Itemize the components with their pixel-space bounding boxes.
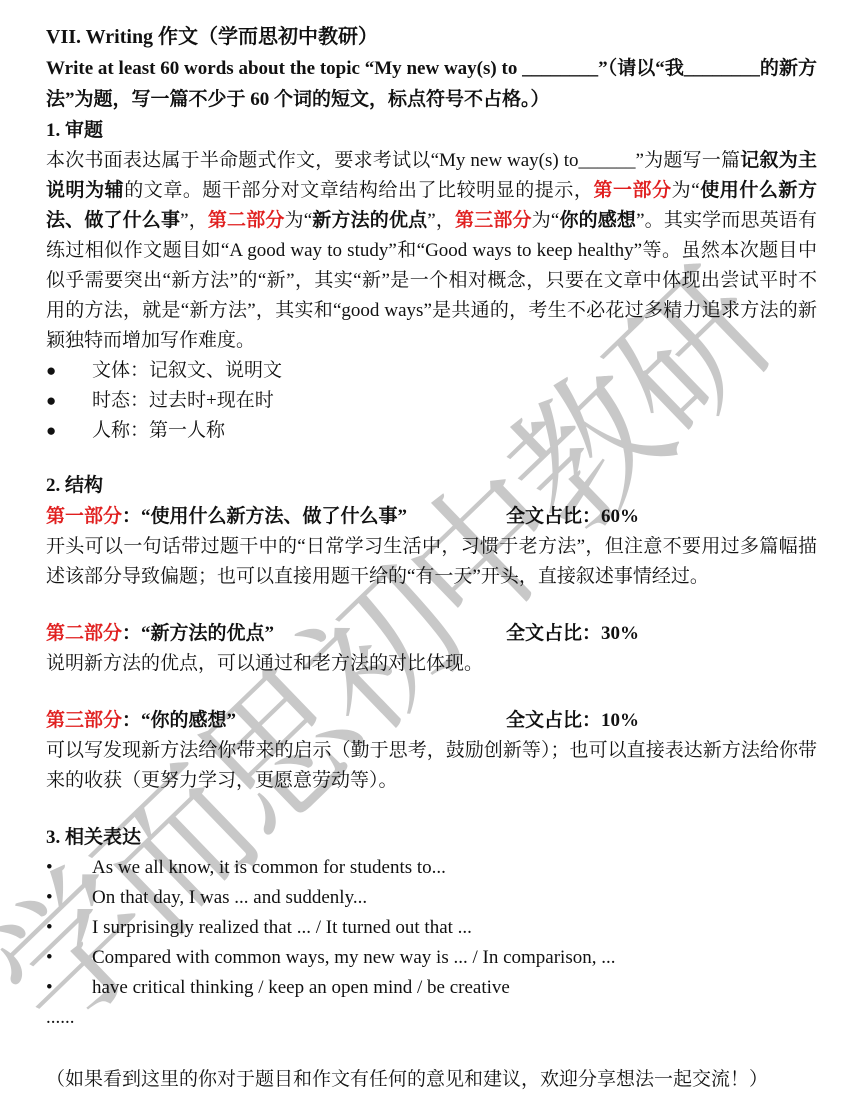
structure-part-2: 第二部分：“新方法的优点” 全文占比：30% 说明新方法的优点，可以通过和老方法… <box>46 618 817 679</box>
list-item: • On that day, I was ... and suddenly... <box>46 883 817 913</box>
part-quote: ：“你的感想” <box>122 710 236 731</box>
bullet-text: On that day, I was ... and suddenly... <box>92 883 367 913</box>
list-item: • have critical thinking / keep an open … <box>46 973 817 1003</box>
section-heading-expressions: 3. 相关表达 <box>46 822 817 853</box>
document-content: VII. Writing 作文（学而思初中教研） Write at least … <box>0 0 861 1095</box>
bullet-text: 人称：第一人称 <box>92 416 225 446</box>
structure-part-1: 第一部分：“使用什么新方法、做了什么事” 全文占比：60% 开头可以一句话带过题… <box>46 501 817 592</box>
bullet-icon: ● <box>46 386 92 416</box>
list-item: • I surprisingly realized that ... / It … <box>46 913 817 943</box>
bullet-text: I surprisingly realized that ... / It tu… <box>92 913 472 943</box>
part-header: 第二部分：“新方法的优点” 全文占比：30% <box>46 618 817 649</box>
bullet-icon: • <box>46 883 92 913</box>
part-header: 第三部分：“你的感想” 全文占比：10% <box>46 705 817 736</box>
bullet-text: 文体：记叙文、说明文 <box>92 356 282 386</box>
section-heading-topic-analysis: 1. 审题 <box>46 115 817 146</box>
bullet-icon: ● <box>46 356 92 386</box>
footer-note: （如果看到这里的你对于题目和作文有任何的意见和建议，欢迎分享想法一起交流！） <box>46 1065 817 1095</box>
writing-prompt: Write at least 60 words about the topic … <box>46 53 817 115</box>
part-label: 第一部分 <box>46 506 122 527</box>
part-ratio: 全文占比：30% <box>506 618 639 649</box>
part-ratio: 全文占比：10% <box>506 705 639 736</box>
part-label: 第二部分 <box>46 623 122 644</box>
list-item: • As we all know, it is common for stude… <box>46 853 817 883</box>
document-page: 学而思初中教研 VII. Writing 作文（学而思初中教研） Write a… <box>0 0 861 1103</box>
bullet-icon: • <box>46 853 92 883</box>
list-item: ● 人称：第一人称 <box>46 416 817 446</box>
part-quote: ：“新方法的优点” <box>122 623 274 644</box>
bullet-icon: ● <box>46 416 92 446</box>
list-item: ● 文体：记叙文、说明文 <box>46 356 817 386</box>
part-description: 开头可以一句话带过题干中的“日常学习生活中，习惯于老方法”，但注意不要用过多篇幅… <box>46 532 817 592</box>
section-heading-structure: 2. 结构 <box>46 470 817 501</box>
structure-part-3: 第三部分：“你的感想” 全文占比：10% 可以写发现新方法给你带来的启示（勤于思… <box>46 705 817 796</box>
list-item: ● 时态：过去时+现在时 <box>46 386 817 416</box>
bullet-text: 时态：过去时+现在时 <box>92 386 274 416</box>
part-description: 说明新方法的优点，可以通过和老方法的对比体现。 <box>46 649 817 679</box>
bullet-icon: • <box>46 943 92 973</box>
bullet-text: Compared with common ways, my new way is… <box>92 943 615 973</box>
part-quote: ：“使用什么新方法、做了什么事” <box>122 506 407 527</box>
list-item: • Compared with common ways, my new way … <box>46 943 817 973</box>
topic-analysis-paragraph: 本次书面表达属于半命题式作文，要求考试以“My new way(s) to___… <box>46 146 817 356</box>
bullet-icon: • <box>46 973 92 1003</box>
part-label: 第三部分 <box>46 710 122 731</box>
part-description: 可以写发现新方法给你带来的启示（勤于思考，鼓励创新等）；也可以直接表达新方法给你… <box>46 736 817 796</box>
expressions-bullet-list: • As we all know, it is common for stude… <box>46 853 817 1003</box>
part-ratio: 全文占比：60% <box>506 501 639 532</box>
part-header: 第一部分：“使用什么新方法、做了什么事” 全文占比：60% <box>46 501 817 532</box>
ellipsis-line: ...... <box>46 1003 817 1033</box>
bullet-text: have critical thinking / keep an open mi… <box>92 973 510 1003</box>
doc-title: VII. Writing 作文（学而思初中教研） <box>46 22 817 53</box>
bullet-text: As we all know, it is common for student… <box>92 853 446 883</box>
bullet-icon: • <box>46 913 92 943</box>
topic-analysis-bullet-list: ● 文体：记叙文、说明文 ● 时态：过去时+现在时 ● 人称：第一人称 <box>46 356 817 446</box>
